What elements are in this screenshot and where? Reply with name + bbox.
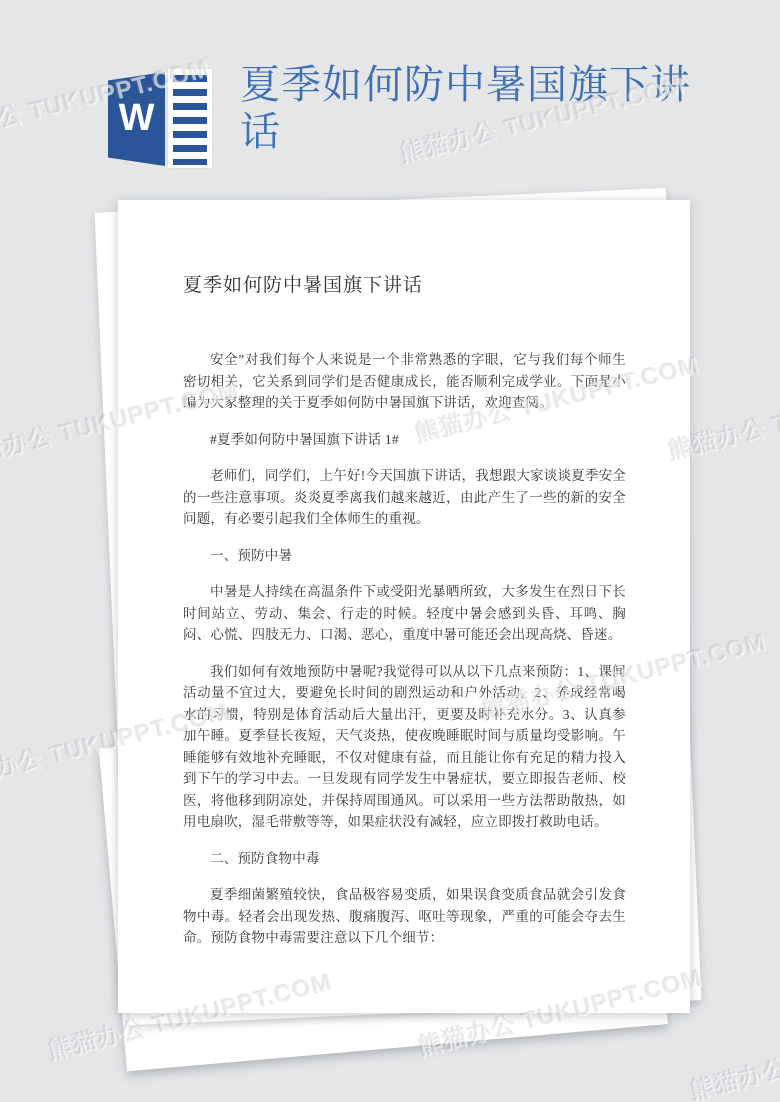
watermark-text: 熊猫办公 TUKUPPT.COM: [686, 1002, 780, 1102]
doc-paragraph: 中暑是人持续在高温条件下或受阳光暴晒所致，大多发生在烈日下长时间站立、劳动、集会…: [183, 581, 626, 646]
doc-section-heading: 一、预防中暑: [183, 545, 626, 567]
doc-paragraph: 安全”对我们每个人来说是一个非常熟悉的字眼，它与我们每个师生密切相关，它关系到同…: [183, 349, 626, 414]
doc-section-heading: 二、预防食物中毒: [183, 848, 626, 870]
word-document-icon: W: [108, 68, 212, 170]
word-icon-sheet: [168, 69, 212, 168]
word-icon-flag: W: [108, 72, 165, 166]
page-title: 夏季如何防中暑国旗下讲话: [240, 62, 698, 156]
doc-paragraph: #夏季如何防中暑国旗下讲话 1#: [183, 429, 626, 451]
word-icon-text-lines: [173, 75, 207, 165]
doc-paragraph: 老师们，同学们，上午好!今天国旗下讲话，我想跟大家谈谈夏季安全的一些注意事项。炎…: [183, 465, 626, 530]
header: W 夏季如何防中暑国旗下讲话: [0, 0, 780, 200]
document-content: 夏季如何防中暑国旗下讲话 安全”对我们每个人来说是一个非常熟悉的字眼，它与我们每…: [183, 270, 626, 949]
document-page: 夏季如何防中暑国旗下讲话 安全”对我们每个人来说是一个非常熟悉的字眼，它与我们每…: [118, 200, 690, 1013]
document-title: 夏季如何防中暑国旗下讲话: [183, 270, 626, 297]
page-background: W 夏季如何防中暑国旗下讲话 夏季如何防中暑国旗下讲话 安全”对我们每个人来说是…: [0, 0, 780, 1102]
doc-paragraph: 夏季细菌繁殖较快，食品极容易变质，如果误食变质食品就会引发食物中毒。轻者会出现发…: [183, 884, 626, 949]
word-icon-letter: W: [119, 99, 155, 137]
doc-paragraph: 我们如何有效地预防中暑呢?我觉得可以从以下几点来预防：1、课间活动量不宜过大，要…: [183, 661, 626, 833]
